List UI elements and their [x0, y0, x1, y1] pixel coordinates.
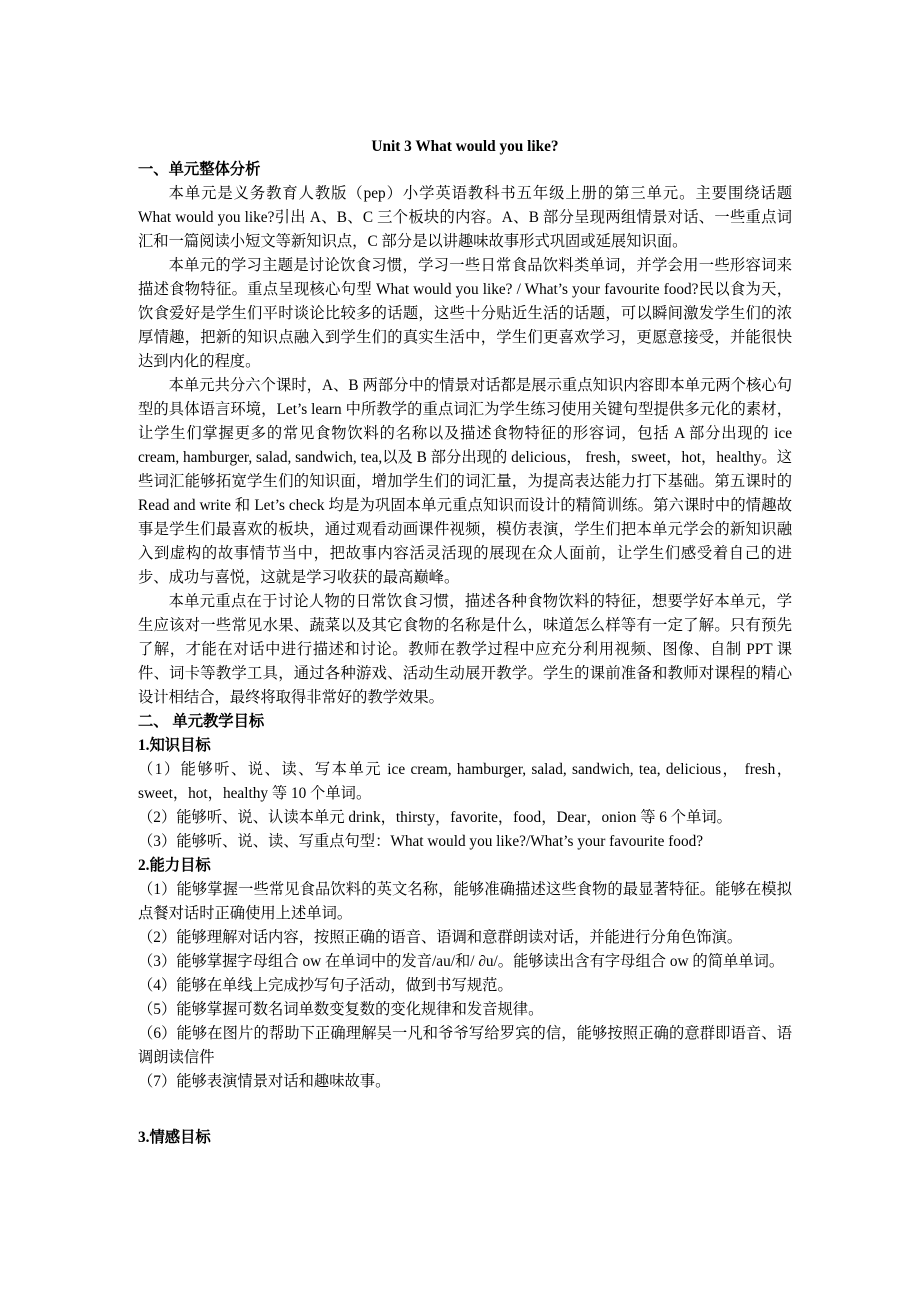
list-item: （1）能够听、说、读、写本单元 ice cream, hamburger, sa…	[138, 758, 792, 806]
document-page: Unit 3 What would you like? 一、单元整体分析 本单元…	[138, 136, 792, 1150]
subheading-knowledge-objectives: 1.知识目标	[138, 734, 792, 758]
paragraph: 本单元共分六个课时，A、B 两部分中的情景对话都是展示重点知识内容即本单元两个核…	[138, 374, 792, 590]
list-item: （1）能够掌握一些常见食品饮料的英文名称，能够准确描述这些食物的最显著特征。能够…	[138, 878, 792, 926]
section-heading-teaching-objectives: 二、 单元教学目标	[138, 710, 792, 734]
subheading-ability-objectives: 2.能力目标	[138, 854, 792, 878]
paragraph: 本单元重点在于讨论人物的日常饮食习惯，描述各种食物饮料的特征，想要学好本单元，学…	[138, 590, 792, 710]
list-item: （5）能够掌握可数名词单数变复数的变化规律和发音规律。	[138, 998, 792, 1022]
paragraph: 本单元的学习主题是讨论饮食习惯，学习一些日常食品饮料类单词，并学会用一些形容词来…	[138, 254, 792, 374]
paragraph: 本单元是义务教育人教版（pep）小学英语教科书五年级上册的第三单元。主要围绕话题…	[138, 182, 792, 254]
subheading-emotion-objectives: 3.情感目标	[138, 1126, 792, 1150]
list-item: （4）能够在单线上完成抄写句子活动，做到书写规范。	[138, 974, 792, 998]
document-title: Unit 3 What would you like?	[138, 136, 792, 158]
section-heading-unit-analysis: 一、单元整体分析	[138, 158, 792, 182]
list-item: （7）能够表演情景对话和趣味故事。	[138, 1070, 792, 1094]
list-item: （6）能够在图片的帮助下正确理解吴一凡和爷爷写给罗宾的信，能够按照正确的意群即语…	[138, 1022, 792, 1070]
list-item: （2）能够理解对话内容，按照正确的语音、语调和意群朗读对话，并能进行分角色饰演。	[138, 926, 792, 950]
blank-line	[138, 1094, 792, 1118]
list-item: （3）能够听、说、读、写重点句型：What would you like?/Wh…	[138, 830, 792, 854]
list-item: （2）能够听、说、认读本单元 drink，thirsty，favorite，fo…	[138, 806, 792, 830]
list-item: （3）能够掌握字母组合 ow 在单词中的发音/au/和/ ∂u/。能够读出含有字…	[138, 950, 792, 974]
